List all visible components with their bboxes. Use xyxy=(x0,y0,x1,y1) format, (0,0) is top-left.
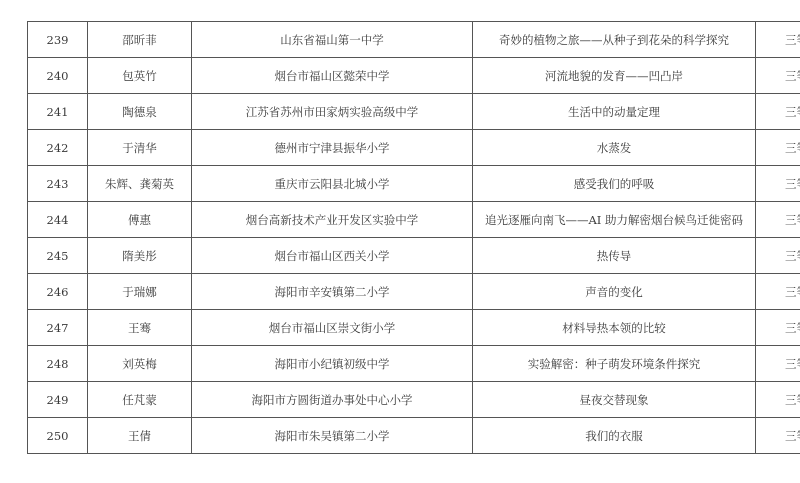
table-row: 239 邵昕菲 山东省福山第一中学 奇妙的植物之旅——从种子到花朵的科学探究 三… xyxy=(28,22,800,58)
cell-number: 250 xyxy=(28,418,88,454)
cell-award: 三等 xyxy=(756,22,800,58)
cell-title: 热传导 xyxy=(473,238,756,274)
cell-award: 三等 xyxy=(756,130,800,166)
cell-name: 王骞 xyxy=(88,310,192,346)
table-row: 242 于清华 德州市宁津县振华小学 水蒸发 三等 xyxy=(28,130,800,166)
cell-name: 王倩 xyxy=(88,418,192,454)
cell-school: 烟台市福山区崇文街小学 xyxy=(192,310,473,346)
cell-name: 于清华 xyxy=(88,130,192,166)
cell-name: 傅惠 xyxy=(88,202,192,238)
cell-school: 海阳市方圆街道办事处中心小学 xyxy=(192,382,473,418)
cell-award: 三等 xyxy=(756,238,800,274)
cell-number: 243 xyxy=(28,166,88,202)
cell-school: 江苏省苏州市田家炳实验高级中学 xyxy=(192,94,473,130)
cell-number: 245 xyxy=(28,238,88,274)
cell-title: 材料导热本领的比较 xyxy=(473,310,756,346)
cell-award: 三等 xyxy=(756,202,800,238)
cell-title: 我们的衣服 xyxy=(473,418,756,454)
cell-title: 实验解密：种子萌发环境条件探究 xyxy=(473,346,756,382)
cell-award: 三等 xyxy=(756,346,800,382)
cell-number: 240 xyxy=(28,58,88,94)
table-row: 247 王骞 烟台市福山区崇文街小学 材料导热本领的比较 三等 xyxy=(28,310,800,346)
cell-name: 任芃蒙 xyxy=(88,382,192,418)
cell-name: 刘英梅 xyxy=(88,346,192,382)
cell-name: 隋美彤 xyxy=(88,238,192,274)
cell-number: 249 xyxy=(28,382,88,418)
cell-title: 水蒸发 xyxy=(473,130,756,166)
table-row: 250 王倩 海阳市朱吴镇第二小学 我们的衣服 三等 xyxy=(28,418,800,454)
cell-award: 三等 xyxy=(756,274,800,310)
cell-number: 248 xyxy=(28,346,88,382)
cell-school: 烟台高新技术产业开发区实验中学 xyxy=(192,202,473,238)
cell-award: 三等 xyxy=(756,166,800,202)
cell-award: 三等 xyxy=(756,94,800,130)
cell-school: 德州市宁津县振华小学 xyxy=(192,130,473,166)
cell-school: 海阳市朱吴镇第二小学 xyxy=(192,418,473,454)
cell-title: 生活中的动量定理 xyxy=(473,94,756,130)
cell-number: 242 xyxy=(28,130,88,166)
cell-school: 烟台市福山区懿荣中学 xyxy=(192,58,473,94)
cell-title: 追光逐雁向南飞——AI 助力解密烟台候鸟迁徙密码 xyxy=(473,202,756,238)
table-row: 244 傅惠 烟台高新技术产业开发区实验中学 追光逐雁向南飞——AI 助力解密烟… xyxy=(28,202,800,238)
cell-school: 重庆市云阳县北城小学 xyxy=(192,166,473,202)
table-row: 248 刘英梅 海阳市小纪镇初级中学 实验解密：种子萌发环境条件探究 三等 xyxy=(28,346,800,382)
cell-title: 昼夜交替现象 xyxy=(473,382,756,418)
cell-number: 247 xyxy=(28,310,88,346)
table-row: 245 隋美彤 烟台市福山区西关小学 热传导 三等 xyxy=(28,238,800,274)
cell-title: 声音的变化 xyxy=(473,274,756,310)
table-row: 249 任芃蒙 海阳市方圆街道办事处中心小学 昼夜交替现象 三等 xyxy=(28,382,800,418)
cell-school: 海阳市小纪镇初级中学 xyxy=(192,346,473,382)
table-row: 246 于瑞娜 海阳市辛安镇第二小学 声音的变化 三等 xyxy=(28,274,800,310)
table-row: 243 朱辉、龚菊英 重庆市云阳县北城小学 感受我们的呼吸 三等 xyxy=(28,166,800,202)
cell-award: 三等 xyxy=(756,58,800,94)
cell-number: 246 xyxy=(28,274,88,310)
cell-number: 239 xyxy=(28,22,88,58)
cell-school: 烟台市福山区西关小学 xyxy=(192,238,473,274)
cell-name: 包英竹 xyxy=(88,58,192,94)
awards-table: 239 邵昕菲 山东省福山第一中学 奇妙的植物之旅——从种子到花朵的科学探究 三… xyxy=(27,21,800,454)
cell-number: 241 xyxy=(28,94,88,130)
cell-award: 三等 xyxy=(756,310,800,346)
cell-school: 山东省福山第一中学 xyxy=(192,22,473,58)
table-row: 241 陶德泉 江苏省苏州市田家炳实验高级中学 生活中的动量定理 三等 xyxy=(28,94,800,130)
cell-name: 朱辉、龚菊英 xyxy=(88,166,192,202)
cell-title: 感受我们的呼吸 xyxy=(473,166,756,202)
cell-name: 于瑞娜 xyxy=(88,274,192,310)
cell-award: 三等 xyxy=(756,418,800,454)
cell-school: 海阳市辛安镇第二小学 xyxy=(192,274,473,310)
cell-name: 邵昕菲 xyxy=(88,22,192,58)
cell-name: 陶德泉 xyxy=(88,94,192,130)
cell-title: 奇妙的植物之旅——从种子到花朵的科学探究 xyxy=(473,22,756,58)
cell-award: 三等 xyxy=(756,382,800,418)
cell-title: 河流地貌的发育——凹凸岸 xyxy=(473,58,756,94)
table-row: 240 包英竹 烟台市福山区懿荣中学 河流地貌的发育——凹凸岸 三等 xyxy=(28,58,800,94)
cell-number: 244 xyxy=(28,202,88,238)
